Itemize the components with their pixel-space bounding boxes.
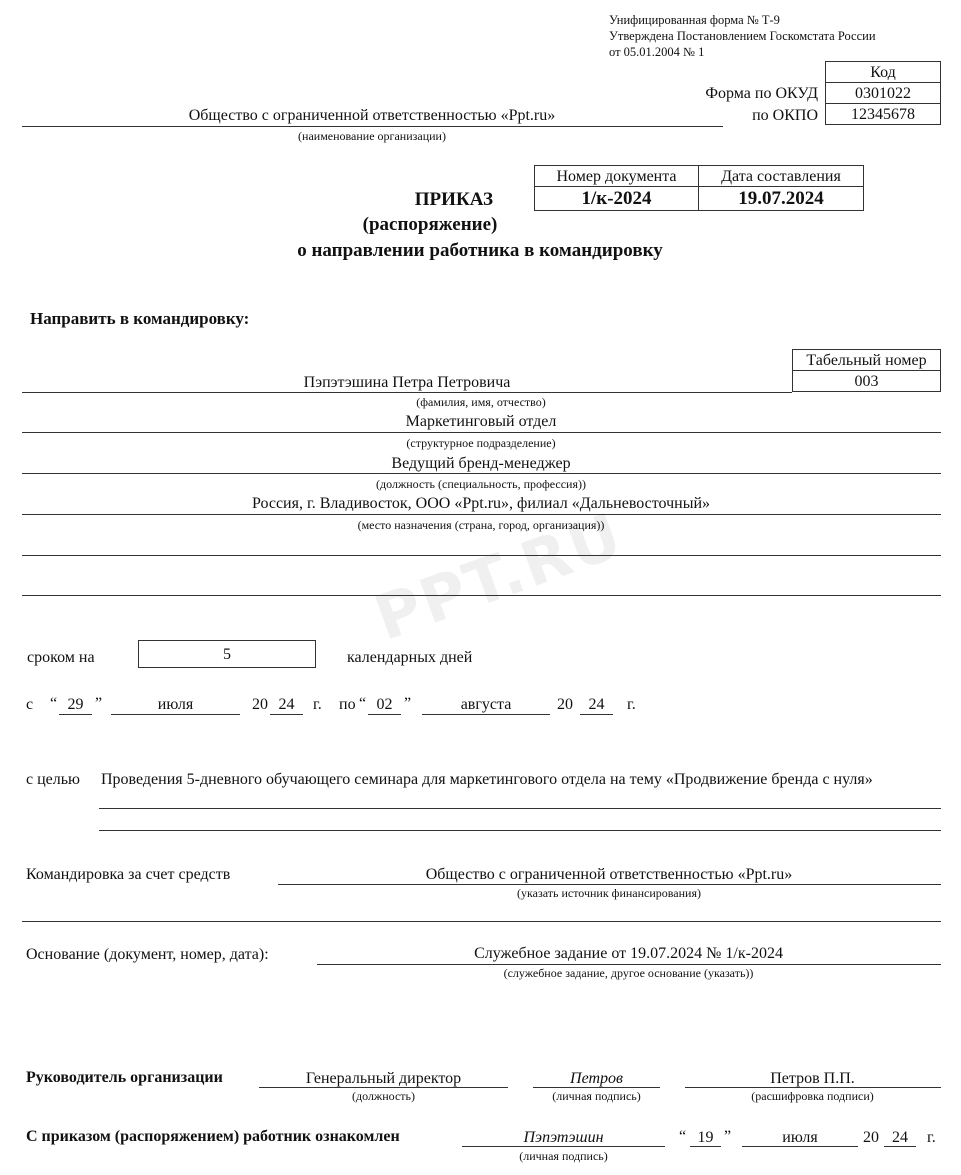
funding-label: Командировка за счет средств xyxy=(26,865,230,884)
close-quote-2: ” xyxy=(404,694,411,713)
section-label: Направить в командировку: xyxy=(30,309,249,329)
ack-month-line xyxy=(742,1146,858,1147)
basis-value: Служебное задание от 19.07.2024 № 1/к-20… xyxy=(317,944,940,963)
ack-open-quote: “ xyxy=(679,1127,686,1146)
position-caption: (должность (специальность, профессия)) xyxy=(22,477,940,491)
tab-number-table: Табельный номер 003 xyxy=(792,349,941,392)
acknowledgement-signature-caption: (личная подпись) xyxy=(462,1149,665,1163)
form-header-line2: Утверждена Постановлением Госкомстата Ро… xyxy=(609,28,876,44)
head-signature-label: Руководитель организации xyxy=(26,1069,223,1087)
purpose-line-2 xyxy=(99,830,941,831)
purpose-label: с целью xyxy=(26,770,80,789)
from-month-line xyxy=(111,714,240,715)
department-line xyxy=(22,432,941,433)
document-date-header: Дата составления xyxy=(699,166,864,187)
basis-label: Основание (документ, номер, дата): xyxy=(26,945,269,964)
blank-line-1 xyxy=(22,555,941,556)
form-header-line3: от 05.01.2004 № 1 xyxy=(609,44,876,60)
okpo-value: 12345678 xyxy=(826,104,941,125)
position-line xyxy=(22,473,941,474)
acknowledgement-signature-line xyxy=(462,1146,665,1147)
period-from-year-suffix: г. xyxy=(313,695,322,714)
period-from-month: июля xyxy=(111,695,240,714)
full-name-line xyxy=(22,392,792,393)
period-to-month: августа xyxy=(422,695,550,714)
duration-days: 5 xyxy=(138,640,316,668)
duration-label: сроком на xyxy=(27,648,95,667)
close-quote: ” xyxy=(95,694,102,713)
to-month-line xyxy=(422,714,550,715)
duration-unit: календарных дней xyxy=(347,648,472,667)
acknowledgement-label: С приказом (распоряжением) работник озна… xyxy=(26,1128,400,1146)
acknowledgement-year-suffix: г. xyxy=(927,1128,936,1147)
okud-label: Форма по ОКУД xyxy=(705,84,818,103)
employee-full-name: Пэпэтэшина Петра Петровича xyxy=(22,373,792,392)
codes-table: Код 0301022 12345678 xyxy=(825,61,941,125)
document-heading: о направлении работника в командировку xyxy=(180,240,780,262)
tab-number-value: 003 xyxy=(793,371,941,392)
codes-header: Код xyxy=(826,62,941,83)
period-to-year: 24 xyxy=(580,695,613,714)
period-from-year: 24 xyxy=(270,695,303,714)
department-caption: (структурное подразделение) xyxy=(22,436,940,450)
basis-line xyxy=(317,964,941,965)
head-signature-line xyxy=(533,1087,660,1088)
destination-line xyxy=(22,514,941,515)
organization-line xyxy=(22,126,723,127)
head-decoded-line xyxy=(685,1087,941,1088)
head-signature: Петров xyxy=(533,1069,660,1088)
employee-destination: Россия, г. Владивосток, ООО «Ppt.ru», фи… xyxy=(22,494,940,513)
to-day-line xyxy=(368,714,401,715)
head-position-caption: (должность) xyxy=(259,1089,508,1103)
head-signature-caption: (личная подпись) xyxy=(533,1089,660,1103)
acknowledgement-century: 20 xyxy=(863,1128,879,1147)
employee-department: Маркетинговый отдел xyxy=(22,412,940,431)
document-subtitle: (распоряжение) xyxy=(300,214,560,236)
head-decoded-caption: (расшифровка подписи) xyxy=(685,1089,940,1103)
okud-value: 0301022 xyxy=(826,83,941,104)
head-position: Генеральный директор xyxy=(259,1069,508,1088)
form-header: Унифицированная форма № Т-9 Утверждена П… xyxy=(609,12,876,60)
full-name-caption: (фамилия, имя, отчество) xyxy=(22,395,940,409)
funding-blank-line xyxy=(22,921,941,922)
funding-caption: (указать источник финансирования) xyxy=(278,886,940,900)
ack-close-quote: ” xyxy=(724,1127,731,1146)
period-to-year-suffix: г. xyxy=(627,695,636,714)
organization-name: Общество с ограниченной ответственностью… xyxy=(22,106,722,125)
destination-caption: (место назначения (страна, город, органи… xyxy=(22,518,940,532)
document-number-header: Номер документа xyxy=(535,166,699,187)
document-date: 19.07.2024 xyxy=(699,187,864,211)
ack-day-line xyxy=(690,1146,721,1147)
basis-caption: (служебное задание, другое основание (ук… xyxy=(317,966,940,980)
period-to-prefix: по xyxy=(339,695,356,714)
document-number: 1/к-2024 xyxy=(535,187,699,211)
from-year-line xyxy=(270,714,303,715)
period-from-prefix: с xyxy=(26,695,33,714)
open-quote-2: “ xyxy=(359,694,366,713)
acknowledgement-year: 24 xyxy=(884,1128,916,1147)
head-decoded-name: Петров П.П. xyxy=(685,1069,940,1088)
period-from-century: 20 xyxy=(252,695,268,714)
funding-line xyxy=(278,884,941,885)
document-number-table: Номер документа Дата составления 1/к-202… xyxy=(534,165,864,211)
period-to-day: 02 xyxy=(368,695,401,714)
document-title: ПРИКАЗ xyxy=(415,189,493,211)
employee-position: Ведущий бренд-менеджер xyxy=(22,454,940,473)
period-to-century: 20 xyxy=(557,695,573,714)
acknowledgement-month: июля xyxy=(742,1128,858,1147)
open-quote: “ xyxy=(50,694,57,713)
from-day-line xyxy=(59,714,92,715)
to-year-line xyxy=(580,714,613,715)
purpose-line-1 xyxy=(99,808,941,809)
funding-value: Общество с ограниченной ответственностью… xyxy=(278,865,940,884)
purpose-text: Проведения 5-дневного обучающего семинар… xyxy=(101,770,946,789)
okpo-label: по ОКПО xyxy=(752,106,818,125)
acknowledgement-day: 19 xyxy=(690,1128,721,1147)
blank-line-2 xyxy=(22,595,941,596)
organization-caption: (наименование организации) xyxy=(22,129,722,143)
head-position-line xyxy=(259,1087,508,1088)
form-header-line1: Унифицированная форма № Т-9 xyxy=(609,12,876,28)
tab-number-header: Табельный номер xyxy=(793,350,941,371)
acknowledgement-signature: Пэпэтэшин xyxy=(462,1128,665,1147)
period-from-day: 29 xyxy=(59,695,92,714)
ack-year-line xyxy=(884,1146,916,1147)
